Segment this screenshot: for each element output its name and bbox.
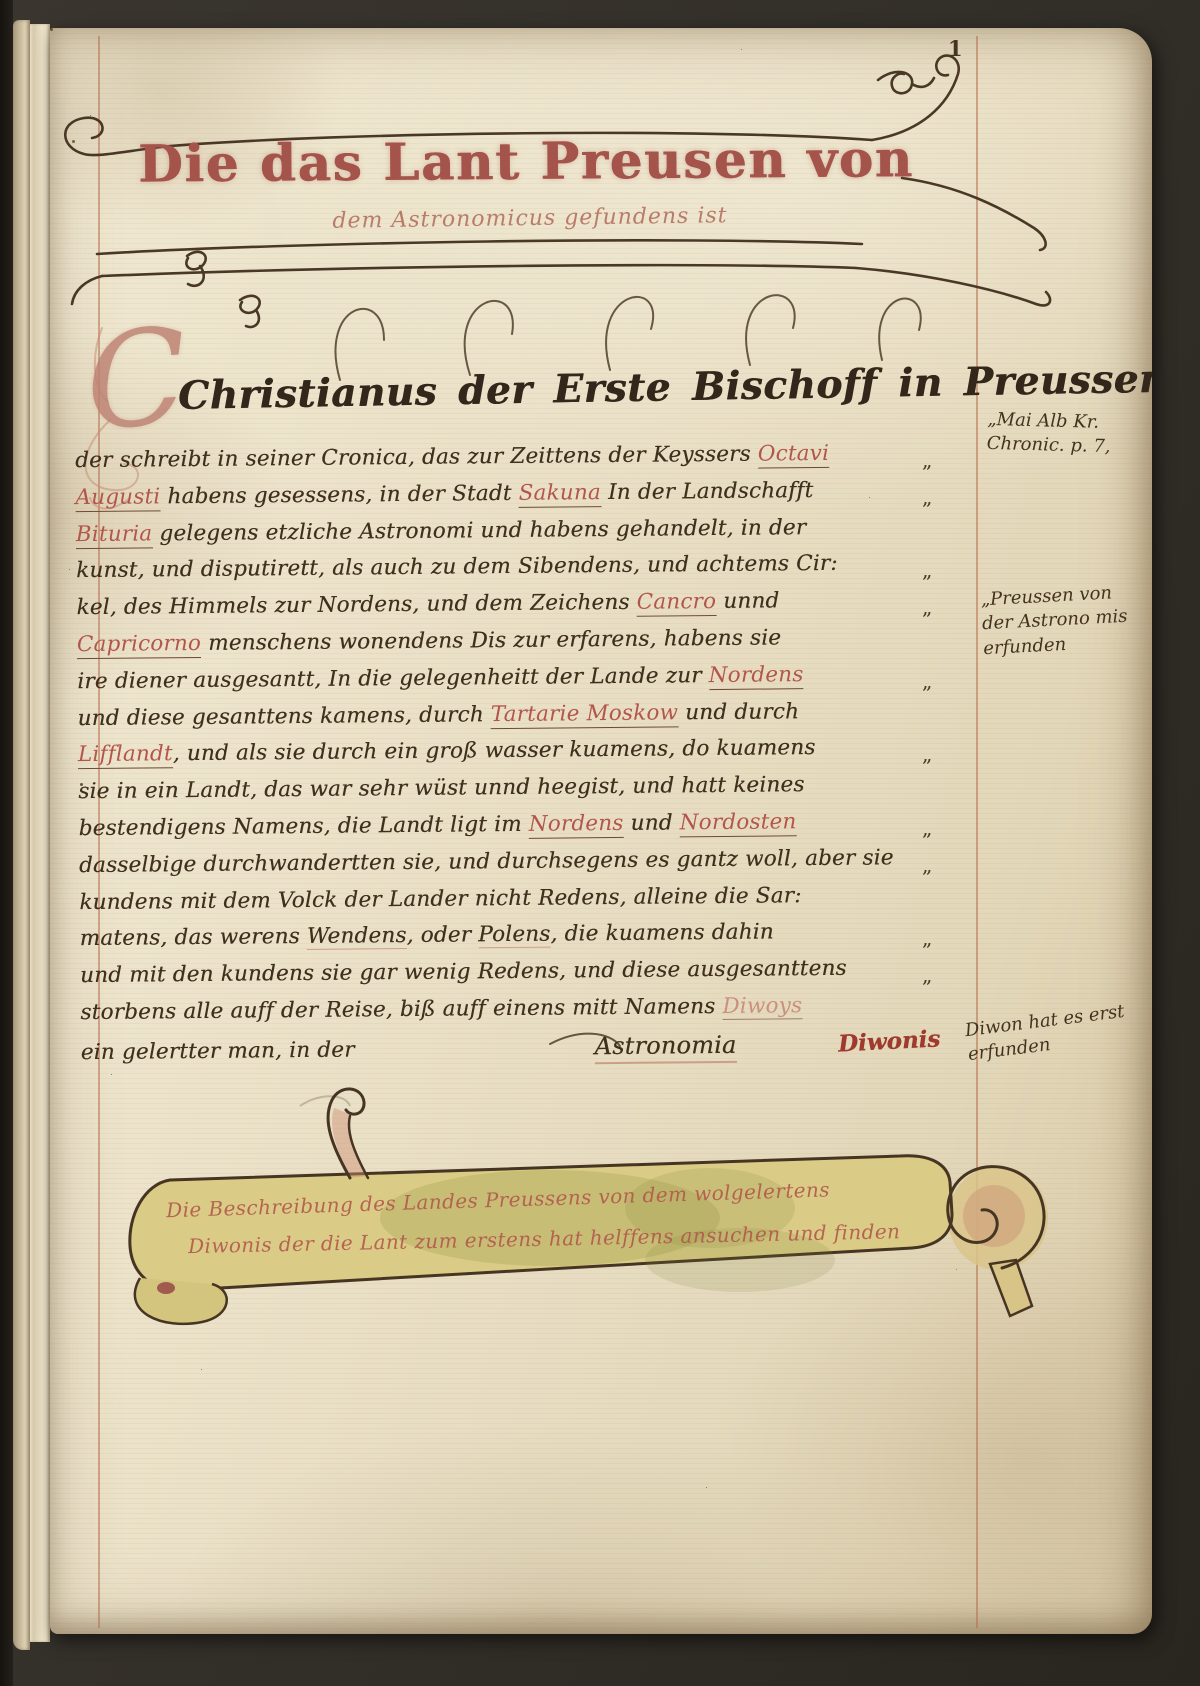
body-text: , die kuamens dahin	[550, 920, 774, 947]
rubric-word: Lifflandt	[78, 742, 173, 770]
ink-specks	[50, 28, 53, 31]
body-text: und	[623, 810, 679, 836]
rubric-word: Tartarie Moskow	[491, 700, 679, 729]
body-text: unnd	[716, 589, 779, 615]
page-number: 1	[948, 36, 964, 61]
body-text-block: der schreibt in seiner Cronica, das zur …	[75, 440, 943, 1074]
rubric-word-faded: Diwoys	[722, 993, 802, 1020]
rubric-word: Capricorno	[77, 631, 202, 659]
body-text: menschens wonendens Dis zur erfarens, ha…	[201, 625, 781, 656]
body-line: ein gelertter man, in derAstronomia	[81, 1029, 943, 1074]
body-text: der schreibt in seiner Cronica, das zur …	[75, 442, 758, 474]
red-underlined-word: Wendens	[307, 923, 407, 950]
page-stack-edge	[13, 20, 30, 1650]
body-text: bestendigens Namens, die Landt ligt im	[79, 812, 529, 841]
banner-caption-line2: Diwonis der die Lant zum erstens hat hel…	[188, 1218, 968, 1258]
body-text: und durch	[678, 699, 799, 725]
rubric-word: Octavi	[758, 441, 830, 469]
body-text: matens, das werens	[80, 924, 307, 951]
page-content: 1 Die das Lant Preusen von dem Astronomi…	[50, 28, 1152, 1634]
margin-note-summary: „Preussen von der Astrono mis erfunden	[980, 580, 1148, 661]
body-text: In der Landschafft	[601, 478, 814, 505]
body-text: habens gesessens, in der Stadt	[160, 481, 518, 509]
body-text: ein gelertter man, in der	[81, 1037, 355, 1065]
banner-caption-line1: Die Beschreibung des Landes Preussens vo…	[166, 1174, 946, 1222]
body-text: kel, des Himmels zur Nordens, und dem Ze…	[76, 590, 636, 620]
rubric-word: Bituria	[76, 521, 153, 549]
rubric-word: Augusti	[75, 484, 160, 512]
body-text: storbens alle auff der Reise, biß auff e…	[80, 994, 722, 1025]
body-text: , oder	[407, 923, 479, 949]
right-ruling-line	[976, 36, 978, 1628]
rubric-word: Nordens	[529, 811, 624, 839]
red-underlined-word: Polens	[478, 922, 550, 949]
heading-line: Christianus der Erste Bischoff in Preuss…	[178, 359, 979, 419]
rubric-word: Sakuna	[519, 480, 602, 508]
margin-note-source: „Mai Alb Kr. Chronic. p. 7,	[986, 408, 1149, 461]
header-banner-subtitle: dem Astronomicus gefundens ist	[250, 202, 810, 235]
body-text: , und als sie durch ein groß wasser kuam…	[173, 735, 816, 766]
manuscript-photo: 1 Die das Lant Preusen von dem Astronomi…	[0, 0, 1200, 1686]
drop-cap-initial: C	[82, 311, 192, 450]
body-text: ire diener ausgesantt, In die gelegenhei…	[77, 663, 709, 694]
margin-note-diwon: Diwon hat es erst erfunden	[964, 997, 1152, 1068]
rubric-word: Nordosten	[680, 809, 797, 837]
book-spine	[0, 0, 13, 1686]
rubric-word: Cancro	[637, 589, 717, 617]
rubric-word: Nordens	[709, 662, 804, 690]
page-stack-edge-inner	[30, 24, 50, 1642]
body-text: und diese gesanttens kamens, durch	[77, 702, 490, 731]
header-banner-title: Die das Lant Preusen von	[138, 129, 886, 194]
body-text: gelegens etzliche Astronomi und habens g…	[152, 515, 806, 546]
astronomia-word: Astronomia	[594, 1031, 736, 1064]
